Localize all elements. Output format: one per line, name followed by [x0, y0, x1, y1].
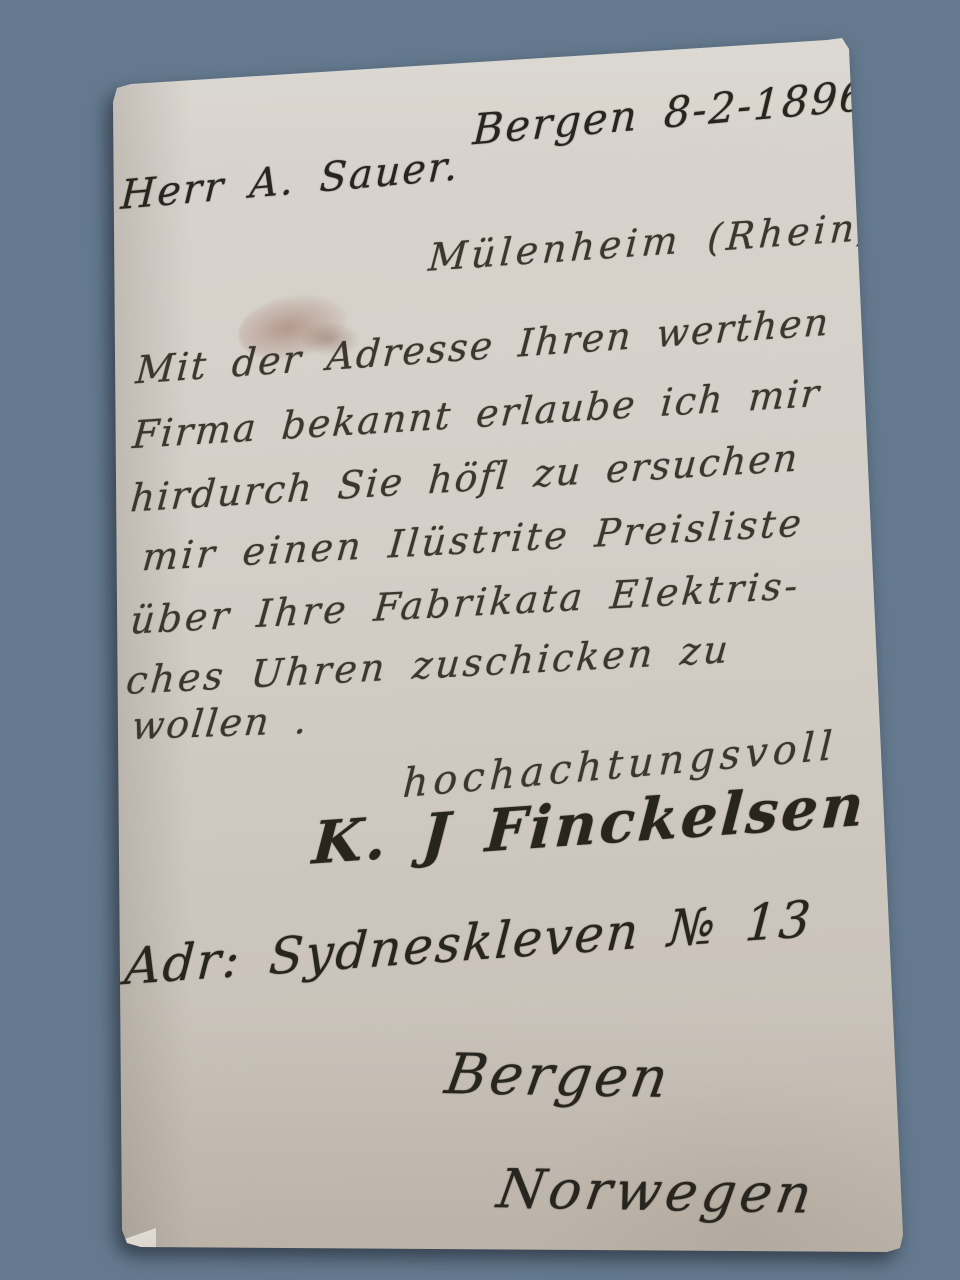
body-line: wollen . [130, 698, 311, 748]
address-country-text: Norwegen [493, 1157, 820, 1225]
photograph-of-postcard: Bergen 8-2-1896 Herr A. Sauer. Mülenheim… [0, 0, 960, 1280]
address-city-text: Bergen [441, 1042, 675, 1111]
postcard: Bergen 8-2-1896 Herr A. Sauer. Mülenheim… [0, 0, 960, 1280]
postcard-shadow: Bergen 8-2-1896 Herr A. Sauer. Mülenheim… [0, 0, 960, 1280]
